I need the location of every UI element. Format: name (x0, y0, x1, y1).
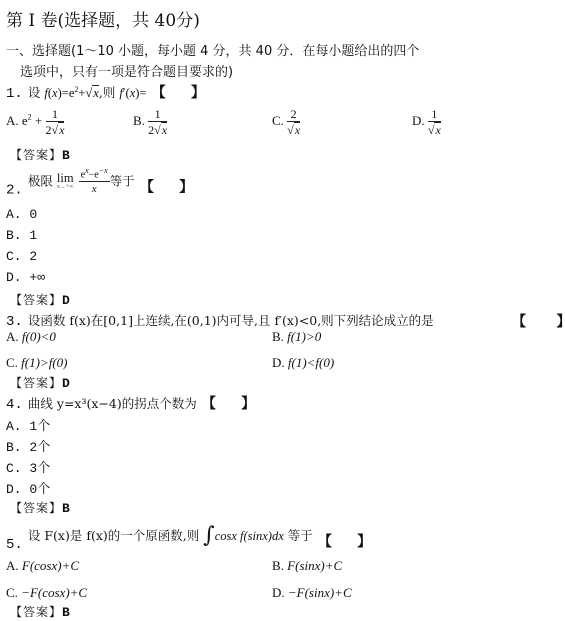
q3-option-b: B. f(1)>0 (272, 329, 321, 345)
q4-option-b: B. 2个 (6, 436, 50, 455)
q2-option-d: D. +∞ (6, 270, 45, 285)
q2-option-b: B. 1 (6, 228, 37, 243)
answer-blank-close: 】 (191, 85, 205, 101)
answer-blank-open: 【 (140, 180, 154, 196)
question-2-stem: 2. 极限 limx→+∞ ex−e−xx等于 【 】 (6, 167, 193, 199)
question-1-stem: 1. 设 f(x)=e2+√x,则 f′(x)= 【 】 (6, 82, 205, 102)
answer-blank-close: 】 (241, 396, 255, 412)
question-5-stem: 5. 设 F(x)是 f(x)的一个原函数,则 ∫cosx f(sinx)dx … (6, 523, 371, 553)
q2-answer: 【答案】D (10, 291, 71, 308)
q3-answer-blank: 【 】 (512, 311, 565, 331)
question-number: 2. (6, 183, 23, 199)
integral-sign-icon: ∫ (203, 523, 214, 548)
question-number: 4. (6, 397, 23, 413)
q5-option-d: D. −F(sinx)+C (272, 585, 352, 601)
question-number: 3. (6, 314, 23, 330)
q4-option-a: A. 1个 (6, 415, 50, 434)
q2-option-c: C. 2 (6, 249, 37, 264)
answer-blank-close: 】 (179, 180, 193, 196)
section-title: 第 I 卷(选择题，共 40分) (6, 6, 200, 31)
q4-option-d: D. 0个 (6, 478, 50, 497)
answer-blank-close: 】 (357, 534, 371, 550)
q1-option-d: D. 1√x (412, 108, 441, 136)
q5-option-b: B. F(sinx)+C (272, 558, 342, 574)
answer-blank-open: 【 (202, 396, 216, 412)
instruction-line-2: 选项中，只有一项是符合题目要求的) (20, 61, 233, 80)
q5-option-a: A. F(cosx)+C (6, 558, 79, 574)
q3-answer: 【答案】D (10, 374, 71, 391)
answer-blank-open: 【 (318, 534, 332, 550)
q3-option-c: C. f(1)>f(0) (6, 355, 67, 371)
q1-answer: 【答案】B (10, 146, 71, 163)
q3-option-d: D. f(1)<f(0) (272, 355, 334, 371)
q2-option-a: A. 0 (6, 207, 37, 222)
q1-option-c: C. 2√x (272, 108, 300, 136)
question-3-stem: 3. 设函数 f(x)在[0,1]上连续,在(0,1)内可导,且 f′(x)<0… (6, 310, 434, 330)
question-number: 5. (6, 537, 23, 553)
q4-option-c: C. 3个 (6, 457, 50, 476)
q5-answer: 【答案】B (10, 603, 71, 620)
answer-blank-open: 【 (152, 85, 166, 101)
q5-option-c: C. −F(cosx)+C (6, 585, 87, 601)
instruction-line-1: 一、选择题(1～10 小题，每小题 4 分，共 40 分．在每小题给出的四个 (6, 40, 419, 59)
q3-option-a: A. f(0)<0 (6, 329, 56, 345)
q1-option-a: A. e2 + 12√x (6, 108, 64, 136)
question-number: 1. (6, 86, 23, 102)
question-4-stem: 4. 曲线 y=x³(x−4)的拐点个数为 【 】 (6, 393, 255, 413)
q4-answer: 【答案】B (10, 499, 71, 516)
q1-option-b: B. 12√x (133, 108, 167, 136)
